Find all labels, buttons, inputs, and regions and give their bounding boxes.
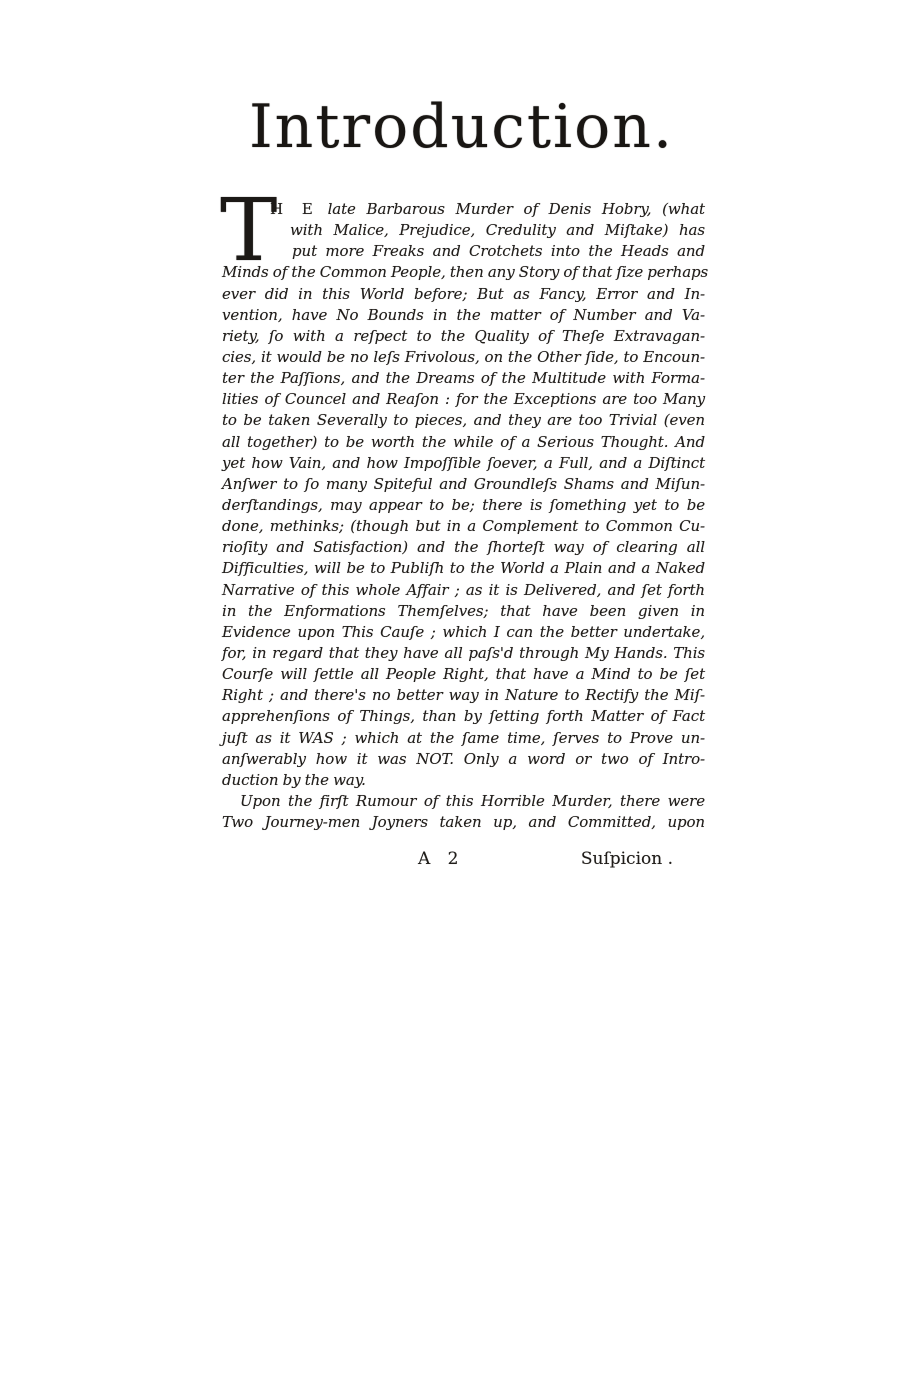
text-line: to be taken Severally to pieces, and the… [222,410,705,431]
text-line: Two Journey-men Joyners taken up, and Co… [222,812,705,833]
text-line: in the Enformations Themſelves; that hav… [222,601,705,622]
page-footer: A 2 Suſpicion . [222,849,705,873]
text-line: Right ; and there's no better way in Nat… [222,685,705,706]
text-line: Upon the firſt Rumour of this Horrible M… [222,791,705,812]
text-line: rioſity and Satisfaction) and the ſhorte… [222,537,705,558]
text-line: vention, have No Bounds in the matter of… [222,305,705,326]
text-line: for, in regard that they have all paſs'd… [222,643,705,664]
catchword: Suſpicion . [581,849,673,869]
text-line: Narrative of this whole Affair ; as it i… [222,580,705,601]
paragraph-lines: H E late Barbarous Murder of Denis Hobry… [222,199,705,833]
text-line: Minds of the Common People, then any Sto… [222,262,705,283]
text-line: with Malice, Prejudice, Credulity and Mi… [222,220,705,241]
page-title: Introduction. [0,92,923,162]
page: Introduction. T H E late Barbarous Murde… [0,0,923,1382]
text-line: all together) to be worth the while of a… [222,432,705,453]
text-line: ter the Paſſions, and the Dreams of the … [222,368,705,389]
text-line: put more Freaks and Crotchets into the H… [222,241,705,262]
text-line: derſtandings, may appear to be; there is… [222,495,705,516]
text-line: duction by the way. [222,770,705,791]
text-line: Difficulties, will be to Publiſh to the … [222,558,705,579]
text-line: Evidence upon This Cauſe ; which I can t… [222,622,705,643]
text-line: apprehenſions of Things, than by ſetting… [222,706,705,727]
text-line: riety, ſo with a reſpect to the Quality … [222,326,705,347]
text-line: cies, it would be no leſs Frivolous, on … [222,347,705,368]
drop-cap: T [220,198,277,264]
text-line: done, methinks; (though but in a Complem… [222,516,705,537]
text-line: H E late Barbarous Murder of Denis Hobry… [222,199,705,220]
text-line: yet how Vain, and how Impoſſible ſoever,… [222,453,705,474]
body-text: T H E late Barbarous Murder of Denis Hob… [222,199,705,833]
signature-mark: A 2 [418,849,465,869]
text-line: anſwerably how it was NOT. Only a word o… [222,749,705,770]
text-line: lities of Councel and Reaſon : for the E… [222,389,705,410]
text-line: juſt as it WAS ; which at the ſame time,… [222,728,705,749]
text-line: Courſe will ſettle all People Right, tha… [222,664,705,685]
text-line: ever did in this World before; But as Fa… [222,284,705,305]
text-line: Anſwer to ſo many Spiteful and Groundleſ… [222,474,705,495]
